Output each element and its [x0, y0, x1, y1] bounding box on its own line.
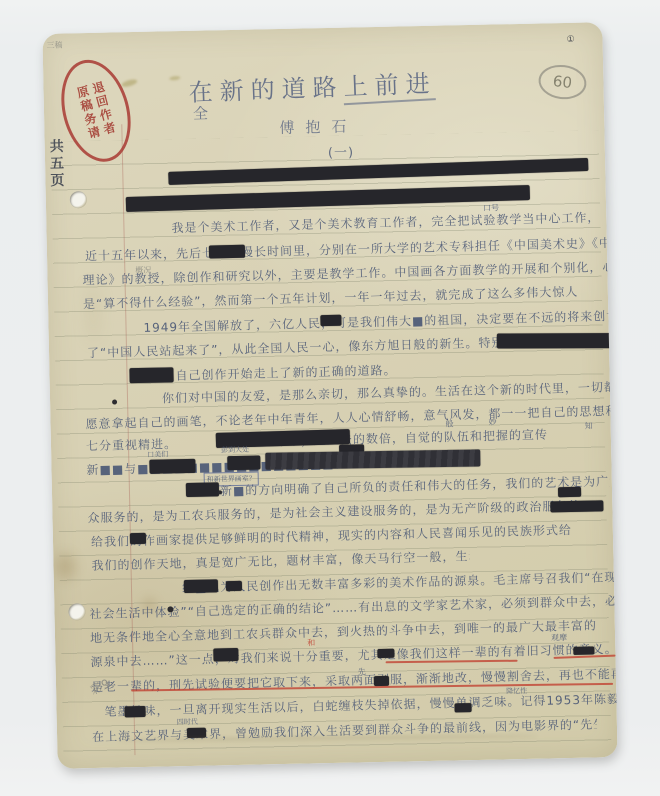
manuscript-line: 给■也为人民创作出无数丰富多彩的美术作品的源泉。毛主席号召我们“在现实主义: [182, 569, 614, 596]
paper-stain: [169, 76, 180, 81]
redaction-bar: [129, 367, 173, 383]
redaction-bar: [126, 185, 530, 212]
punch-hole: [68, 603, 85, 620]
circled-page-number: 60: [537, 62, 589, 101]
paper-stain: [55, 553, 76, 579]
handwritten-annotation: 般: [446, 418, 454, 429]
manuscript-line: 我们的创作天地，真是宽广无比，题材丰富，像天马行空一般，生动活泼，无限自由。: [91, 548, 469, 574]
redaction-bar: [213, 648, 238, 662]
redaction-bar: [187, 728, 206, 738]
ink-dot: [112, 399, 117, 404]
ink-dot: [167, 606, 173, 612]
redaction-bar: [377, 649, 394, 658]
manuscript-line: 给我们的作画家提供足够鲜明的时代精神，现实的内容和人民喜闻乐见的民族形式给: [91, 521, 611, 550]
redaction-bar: [226, 581, 242, 591]
manuscript-line: 近十五年以来，先后七八年漫长时间里，分别在一所大学的艺术专科担任《中国美术史》《…: [85, 235, 607, 264]
handwritten-annotation: 概况: [135, 265, 151, 276]
redaction-bar: [454, 703, 471, 712]
handwritten-annotation: 降忆性: [506, 686, 527, 696]
manuscript-line: 笔墨趣味，一旦离开现实生活以后，白蛇缠枝失掉依据，慢慢单调乏味。记得1953年陈…: [104, 691, 616, 720]
handwritten-annotation: 口美们: [147, 449, 168, 459]
manuscript-line: 源泉中去……”这一点，对我们来说十分重要，尤其是像我们这样一辈的有着旧习惯的意义…: [90, 641, 615, 670]
section-marker: (一): [328, 141, 355, 161]
manuscript-line: 了“中国人民站起来了”，从此全国人民一心，像东方旭日般的新生。特别使我们: [87, 333, 547, 361]
handwritten-annotation: 观摩: [551, 632, 567, 643]
manuscript-line: 地无条件地全心全意地到工农兵群众中去，到火热的斗争中去，到唯一的最广大最丰富的: [90, 617, 615, 646]
redaction-bar: [558, 487, 581, 497]
redaction-bar: [550, 500, 603, 512]
manuscript-page: 原稿务请 退回作者 共五页 在新的道路上前进 全 傅抱石 (一) 60 和新世界…: [42, 22, 617, 769]
paper-stain: [88, 283, 99, 343]
handwritten-annotation: 和: [307, 637, 315, 648]
redaction-bar: [497, 333, 611, 348]
redaction-bar: [374, 676, 389, 686]
photo-background: 原稿务请 退回作者 共五页 在新的道路上前进 全 傅抱石 (一) 60 和新世界…: [0, 0, 660, 796]
page-number-text: 60: [552, 72, 573, 92]
author-name: 傅抱石: [279, 115, 357, 138]
handwritten-annotation: 妙: [488, 417, 496, 428]
redaction-bar: [227, 455, 260, 470]
redaction-bar: [168, 158, 588, 185]
redaction-bar: [265, 449, 480, 469]
redaction-bar: [320, 315, 341, 326]
manuscript-line: 1949年全国解放了，六亿人民，可是我们伟大■的祖国，决定要在不远的将来创世界纪…: [143, 308, 610, 336]
redaction-bar: [184, 579, 218, 593]
manuscript-line: 你们对中国的友爱，是那么亲切，那么真挚的。生活在这个新的时代里，一切都是那么美好: [162, 379, 610, 406]
redaction-bar: [186, 482, 219, 497]
manuscript-line: 理论》的教授，除创作和研究以外，主要是教学工作。中国画各方面教学的开展和个别化，…: [82, 259, 607, 288]
total-pages-note: 共五页: [46, 138, 67, 189]
paper-stain: [121, 78, 138, 88]
manuscript-line: 我是个美术工作者，又是个美术教育工作者，完全把试验教学当中心工作，学习创作和研究…: [171, 209, 596, 236]
title-inserted-character: 全: [193, 102, 208, 123]
handwritten-annotation: 四时代: [177, 717, 198, 727]
ink-dot: [218, 490, 222, 494]
punch-hole: [70, 191, 87, 208]
redaction-bar: [124, 706, 145, 717]
redaction-bar: [573, 647, 594, 655]
red-underline: [386, 660, 518, 664]
handwritten-annotation: 知: [585, 421, 593, 432]
manuscript-line: 是“算不得什么经验”，然而第一个五年计划，一年一年过去，就完成了这么多伟大惊人的…: [83, 284, 578, 313]
handwritten-annotation: ①: [567, 35, 575, 45]
redaction-bar: [209, 245, 245, 259]
handwritten-annotation: 彭到大处: [221, 445, 249, 456]
manuscript-line: 新■的方向明确了自己所负的责任和伟大的任务，我们的艺术是为广大的人民群: [220, 473, 610, 499]
handwritten-annotation: 口号: [483, 202, 499, 213]
manuscript-line: 自己创作开始走上了新的正确的道路。: [175, 362, 415, 384]
redaction-bar: [130, 533, 146, 544]
handwritten-annotation: 三稿: [46, 40, 62, 51]
manuscript-line: 众服务的，是为工农兵服务的，是为社会主义建设服务的，是为无产阶级的政治服务的。: [87, 497, 612, 526]
handwritten-annotation: 先: [358, 666, 366, 677]
redaction-bar: [149, 459, 195, 474]
